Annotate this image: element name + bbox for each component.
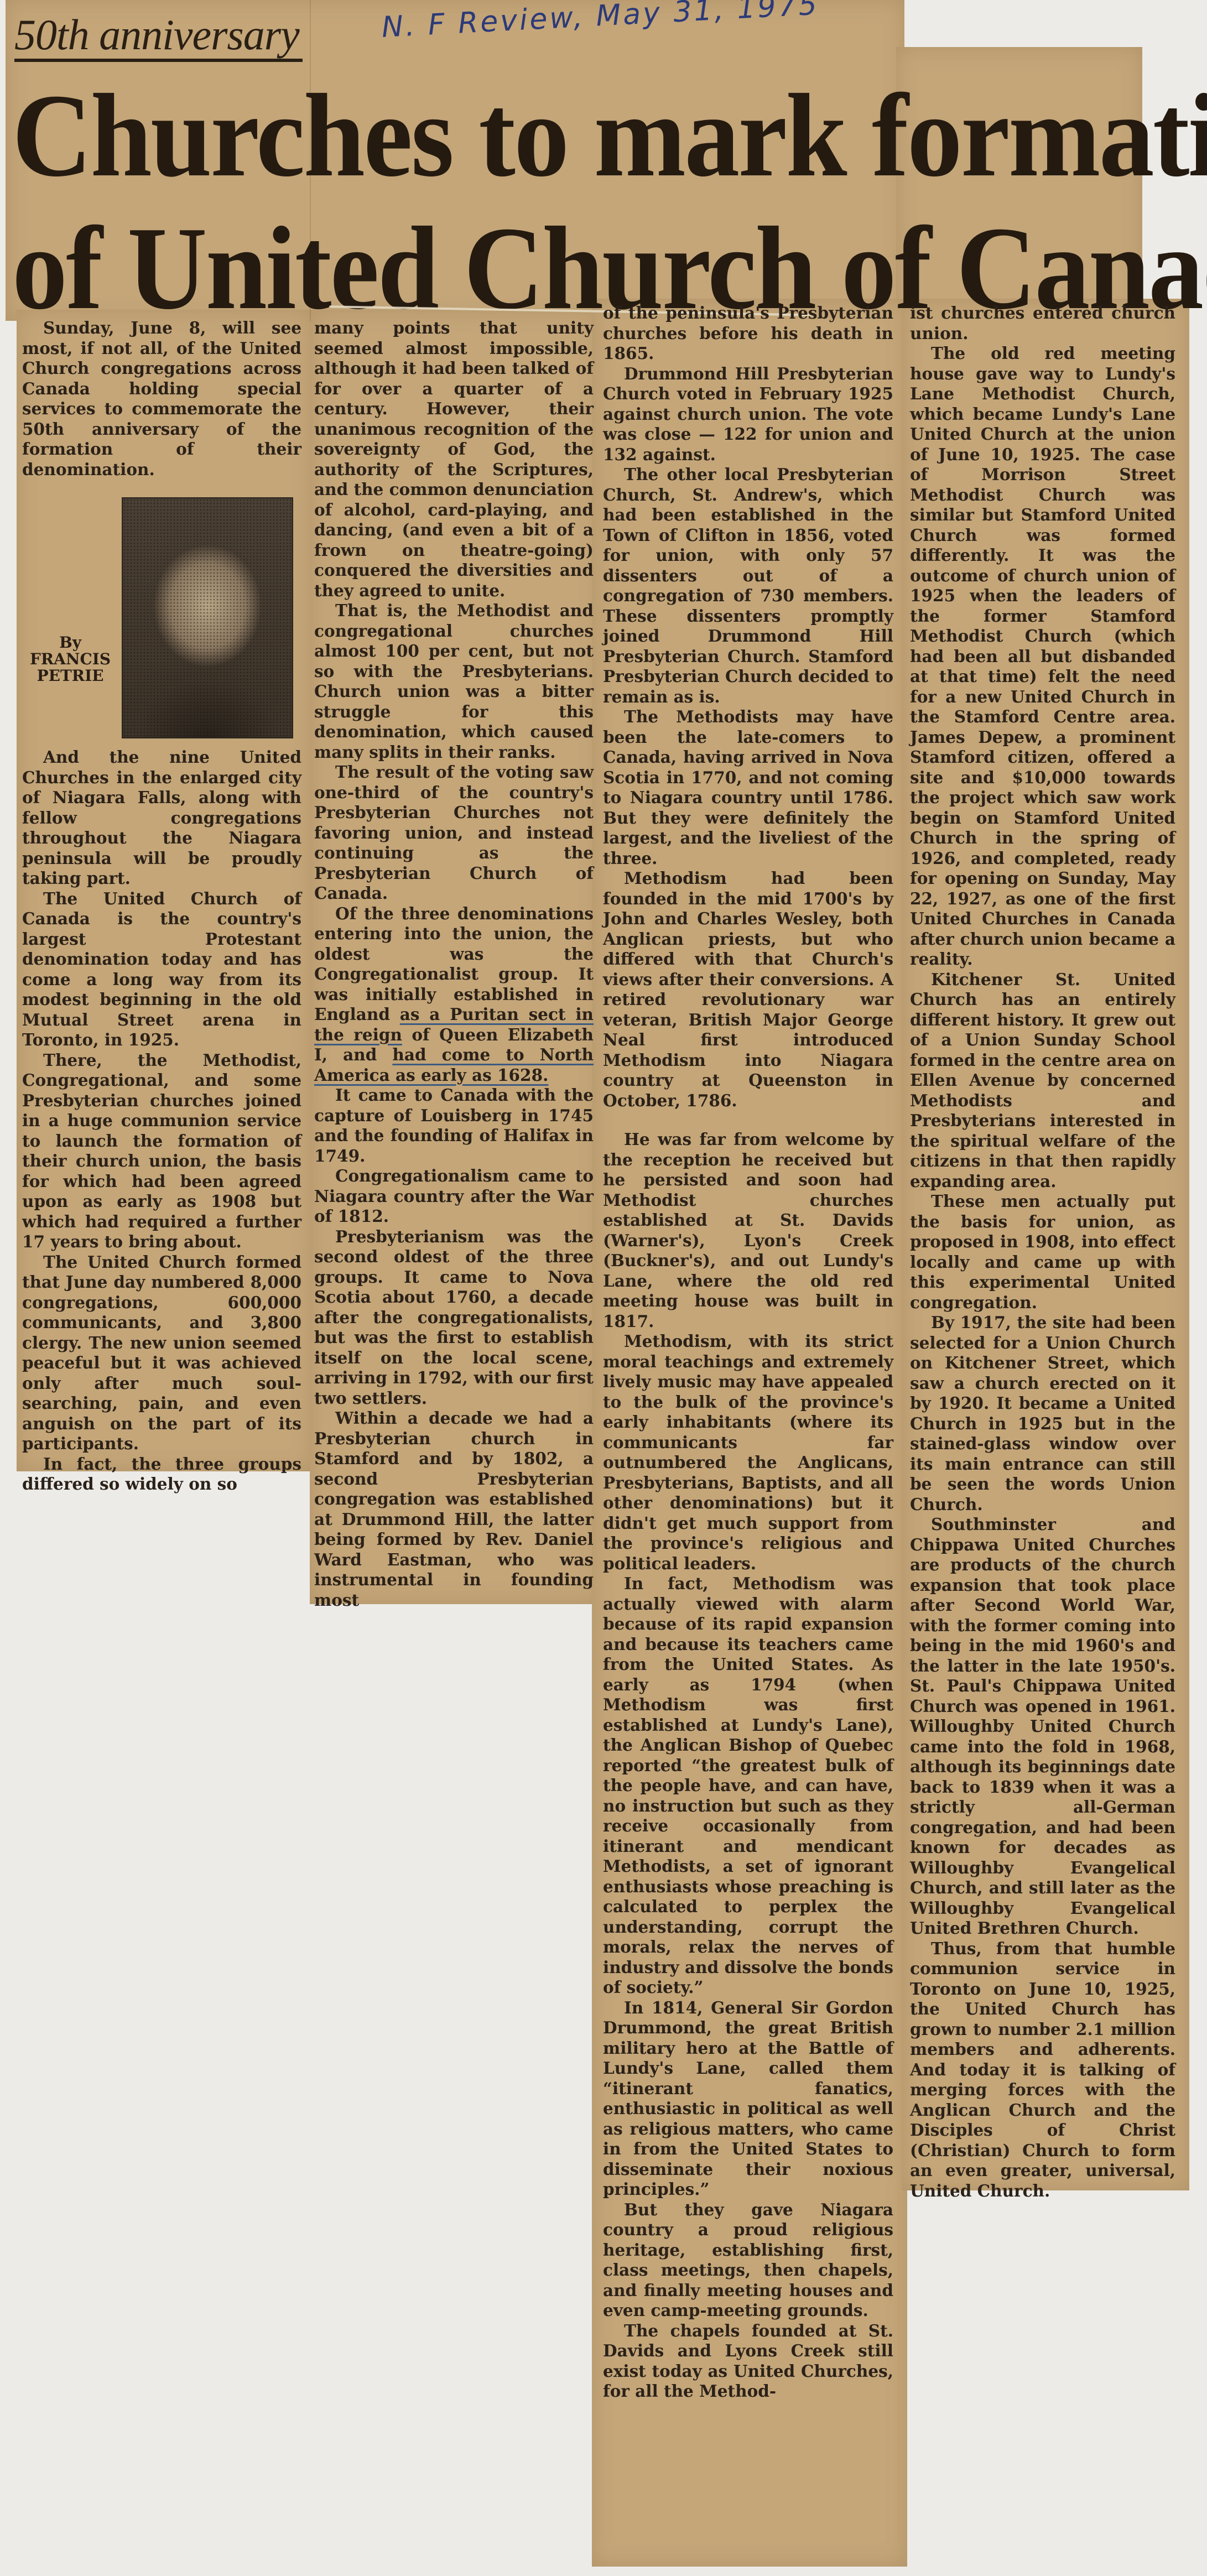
paragraph: The United Church of Canada is the count… xyxy=(22,889,301,1050)
paragraph: The United Church formed that June day n… xyxy=(22,1252,301,1454)
paragraph: In fact, the three groups differed so wi… xyxy=(22,1454,301,1495)
headline-line-1: Churches to mark formation xyxy=(12,69,1062,202)
paragraph-congregationalist: Of the three denominations entering into… xyxy=(314,904,594,1086)
byline: By FRANCIS PETRIE xyxy=(30,634,111,684)
byline-block: By FRANCIS PETRIE xyxy=(22,497,301,736)
paragraph: He was far from welcome by the reception… xyxy=(603,1130,893,1331)
paragraph: Methodism, with its strict moral teachin… xyxy=(603,1331,893,1574)
paragraph: many points that unity seemed almost imp… xyxy=(314,318,594,601)
paragraph: The other local Presbyterian Church, St.… xyxy=(603,465,893,707)
paragraph: Kitchener St. United Church has an entir… xyxy=(910,970,1175,1192)
paragraph: of the peninsula's Presbyterian churches… xyxy=(603,303,893,364)
paragraph: The Methodists may have been the late-co… xyxy=(603,707,893,868)
article-column-4: ist churches entered church union. The o… xyxy=(910,303,1175,2201)
paragraph: The chapels founded at St. Davids and Ly… xyxy=(603,2321,893,2402)
author-photo xyxy=(122,497,293,738)
paragraph: Thus, from that humble communion service… xyxy=(910,1939,1175,2202)
article-column-2: many points that unity seemed almost imp… xyxy=(314,318,594,1610)
intro-paragraph: Sunday, June 8, will see most, if not al… xyxy=(22,318,301,480)
paragraph: These men actually put the basis for uni… xyxy=(910,1191,1175,1313)
paragraph: Methodism had been founded in the mid 17… xyxy=(603,868,893,1111)
paragraph: Congregationalism came to Niagara countr… xyxy=(314,1166,594,1227)
paragraph: Within a decade we had a Presbyterian ch… xyxy=(314,1408,594,1610)
paragraph: That is, the Methodist and congregationa… xyxy=(314,601,594,762)
paragraph: There, the Methodist, Congregational, an… xyxy=(22,1050,301,1252)
headline-line-2: of United Church of Canada xyxy=(12,202,1062,335)
paragraph: The result of the voting saw one-third o… xyxy=(314,762,594,904)
paragraph: And the nine United Churches in the enla… xyxy=(22,747,301,889)
paragraph: Southminster and Chippawa United Churche… xyxy=(910,1515,1175,1939)
byline-by: By xyxy=(30,634,111,651)
paragraph: But they gave Niagara country a proud re… xyxy=(603,2200,893,2321)
paragraph: In fact, Methodism was actually viewed w… xyxy=(603,1574,893,1998)
headline: Churches to mark formation of United Chu… xyxy=(12,69,1062,335)
paragraph: ist churches entered church union. xyxy=(910,303,1175,344)
article-column-1: Sunday, June 8, will see most, if not al… xyxy=(22,318,301,1495)
paragraph: In 1814, General Sir Gordon Drummond, th… xyxy=(603,1998,893,2200)
kicker-label: 50th anniversary xyxy=(14,11,303,62)
paragraph: The old red meeting house gave way to Lu… xyxy=(910,344,1175,970)
byline-name-1: FRANCIS xyxy=(30,651,111,668)
paragraph: It came to Canada with the capture of Lo… xyxy=(314,1085,594,1166)
paragraph: Presbyterianism was the second oldest of… xyxy=(314,1227,594,1409)
byline-name-2: PETRIE xyxy=(30,668,111,684)
paragraph: Drummond Hill Presbyterian Church voted … xyxy=(603,364,893,465)
article-column-3: of the peninsula's Presbyterian churches… xyxy=(603,303,893,2402)
paragraph: By 1917, the site had been selected for … xyxy=(910,1313,1175,1515)
